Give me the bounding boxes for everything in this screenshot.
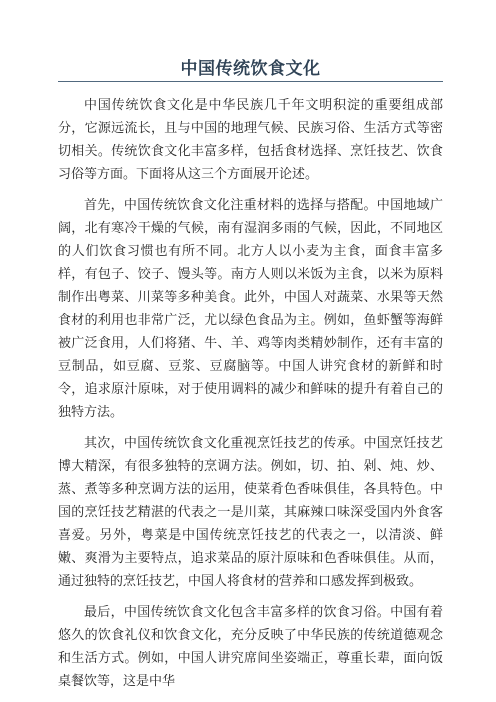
paragraph-dining-customs: 最后，中国传统饮食文化包含丰富多样的饮食习俗。中国有着悠久的饮食礼仪和饮食文化，…	[58, 600, 443, 692]
document-page: 中国传统饮食文化 中国传统饮食文化是中华民族几千年文明积淀的重要组成部分，它源远…	[0, 0, 496, 702]
document-title: 中国传统饮食文化	[58, 58, 443, 82]
document-body: 中国传统饮食文化是中华民族几千年文明积淀的重要组成部分，它源远流长，且与中国的地…	[58, 93, 443, 692]
paragraph-cooking-techniques: 其次，中国传统饮食文化重视烹饪技艺的传承。中国烹饪技艺博大精深，有很多独特的烹调…	[58, 431, 443, 592]
paragraph-intro: 中国传统饮食文化是中华民族几千年文明积淀的重要组成部分，它源远流长，且与中国的地…	[58, 93, 443, 185]
paragraph-ingredients: 首先，中国传统饮食文化注重材料的选择与搭配。中国地域广阔，北有寒冷干燥的气候，南…	[58, 193, 443, 423]
